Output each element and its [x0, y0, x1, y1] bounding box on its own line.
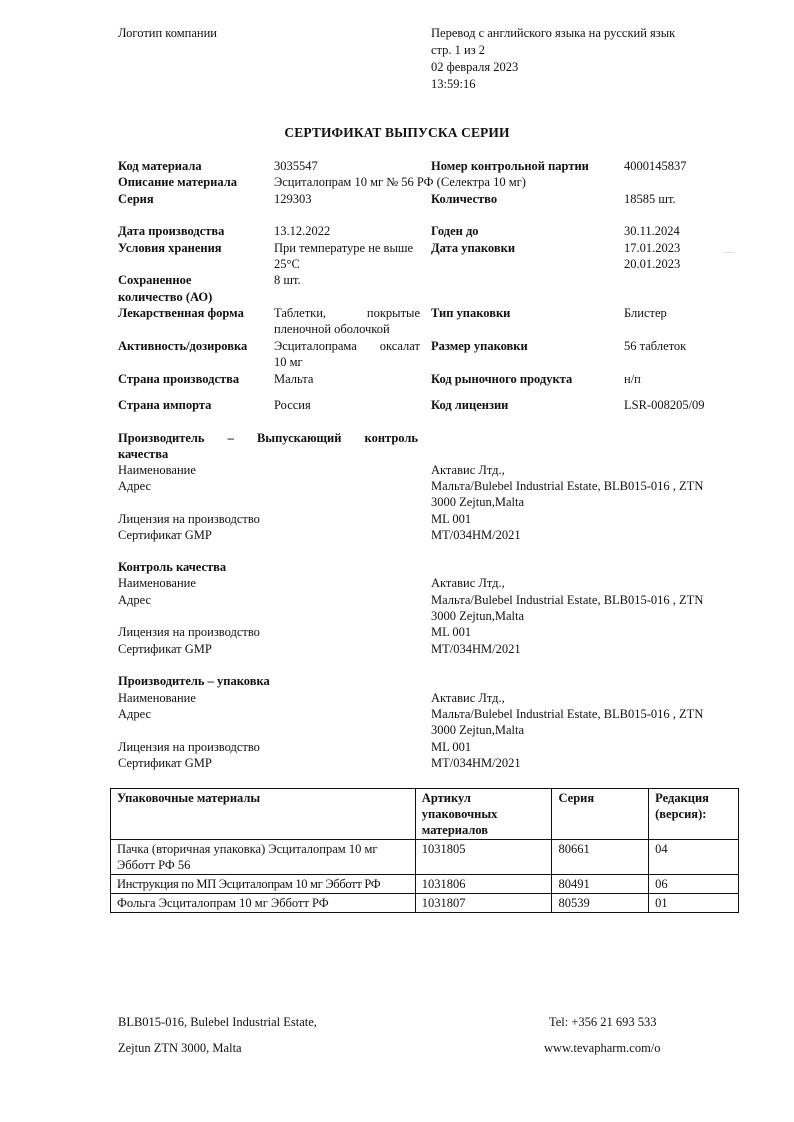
- header-series: Серия: [552, 789, 649, 840]
- header-packaging-materials: Упаковочные материалы: [111, 789, 416, 840]
- license-code-value: LSR-008205/09: [624, 397, 705, 413]
- dosage-form-value-line1: Таблетки, покрытые: [274, 305, 420, 321]
- material-code-label: Код материала: [118, 158, 202, 174]
- section-1-gmp-label: Сертификат GMP: [118, 527, 212, 543]
- section-2-name-label: Наименование: [118, 575, 196, 591]
- cell-series: 80491: [552, 875, 649, 894]
- cell-material: Фольга Эсциталопрам 10 мг Эбботт РФ: [111, 894, 416, 913]
- market-product-code-value: н/п: [624, 371, 641, 387]
- retained-qty-value: 8 шт.: [274, 272, 301, 288]
- cell-series: 80661: [552, 840, 649, 875]
- cell-material: Пачка (вторичная упаковка) Эсциталопрам …: [111, 840, 416, 875]
- country-import-label: Страна импорта: [118, 397, 211, 413]
- country-import-value: Россия: [274, 397, 311, 413]
- logo-placeholder: Логотип компании: [118, 25, 217, 41]
- license-code-label: Код лицензии: [431, 397, 508, 413]
- table-row: Фольга Эсциталопрам 10 мг Эбботт РФ 1031…: [111, 894, 739, 913]
- section-1-license-value: ML 001: [431, 511, 471, 527]
- header-revision: Редакция (версия):: [649, 789, 739, 840]
- retained-qty-label-1: Сохраненное: [118, 272, 191, 288]
- packing-date-value-1: 17.01.2023: [624, 240, 680, 256]
- package-type-label: Тип упаковки: [431, 305, 510, 321]
- expiry-value: 30.11.2024: [624, 223, 680, 239]
- section-1-heading-line1: Производитель – Выпускающий контроль: [118, 430, 418, 446]
- material-description-value: Эсциталопрам 10 мг № 56 РФ (Селектра 10 …: [274, 174, 526, 190]
- header-time: 13:59:16: [431, 76, 475, 92]
- section-2-address-line2: 3000 Zejtun,Malta: [431, 608, 524, 624]
- section-1-address-label: Адрес: [118, 478, 151, 494]
- quantity-label: Количество: [431, 191, 497, 207]
- storage-value-line2: 25°C: [274, 256, 300, 272]
- production-date-label: Дата производства: [118, 223, 224, 239]
- cell-article: 1031806: [415, 875, 552, 894]
- translation-note: Перевод с английского языка на русский я…: [431, 25, 675, 41]
- storage-label: Условия хранения: [118, 240, 222, 256]
- section-3-gmp-label: Сертификат GMP: [118, 755, 212, 771]
- country-production-value: Мальта: [274, 371, 313, 387]
- section-3-gmp-value: MT/034HM/2021: [431, 755, 521, 771]
- cell-article: 1031805: [415, 840, 552, 875]
- section-2-gmp-value: MT/034HM/2021: [431, 641, 521, 657]
- control-batch-label: Номер контрольной партии: [431, 158, 589, 174]
- retained-qty-label-2: количество (АО): [118, 289, 212, 305]
- package-type-value: Блистер: [624, 305, 667, 321]
- section-3-address-label: Адрес: [118, 706, 151, 722]
- packing-date-label: Дата упаковки: [431, 240, 515, 256]
- table-row: Пачка (вторичная упаковка) Эсциталопрам …: [111, 840, 739, 875]
- production-date-value: 13.12.2022: [274, 223, 330, 239]
- section-2-license-value: ML 001: [431, 624, 471, 640]
- cell-revision: 01: [649, 894, 739, 913]
- country-production-label: Страна производства: [118, 371, 239, 387]
- section-2-license-label: Лицензия на производство: [118, 624, 260, 640]
- packing-date-value-2: 20.01.2023: [624, 256, 680, 272]
- footer-website[interactable]: www.tevapharm.com/o: [544, 1040, 661, 1056]
- cell-article: 1031807: [415, 894, 552, 913]
- quantity-value: 18585 шт.: [624, 191, 676, 207]
- strength-value-line2: 10 мг: [274, 354, 303, 370]
- section-2-name-value: Актавис Лтд.,: [431, 575, 505, 591]
- control-batch-value: 4000145837: [624, 158, 687, 174]
- document-title: СЕРТИФИКАТ ВЫПУСКА СЕРИИ: [0, 125, 794, 141]
- table-header-row: Упаковочные материалы Артикул упаковочны…: [111, 789, 739, 840]
- market-product-code-label: Код рыночного продукта: [431, 371, 572, 387]
- footer-address-line2: Zejtun ZTN 3000, Malta: [118, 1040, 242, 1056]
- cell-series: 80539: [552, 894, 649, 913]
- package-size-label: Размер упаковки: [431, 338, 528, 354]
- section-2-address-line1: Мальта/Bulebel Industrial Estate, BLB015…: [431, 592, 703, 608]
- section-1-address-line1: Мальта/Bulebel Industrial Estate, BLB015…: [431, 478, 703, 494]
- cell-revision: 04: [649, 840, 739, 875]
- header-date: 02 февраля 2023: [431, 59, 518, 75]
- section-3-address-line1: Мальта/Bulebel Industrial Estate, BLB015…: [431, 706, 703, 722]
- section-3-name-label: Наименование: [118, 690, 196, 706]
- material-code-value: 3035547: [274, 158, 318, 174]
- page-number: стр. 1 из 2: [431, 42, 485, 58]
- packaging-materials-table: Упаковочные материалы Артикул упаковочны…: [110, 788, 739, 913]
- section-1-address-line2: 3000 Zejtun,Malta: [431, 494, 524, 510]
- section-2-heading: Контроль качества: [118, 559, 226, 575]
- section-1-heading-line2: качества: [118, 446, 168, 462]
- header-article: Артикул упаковочных материалов: [415, 789, 552, 840]
- strength-value-line1: Эсциталопрама оксалат: [274, 338, 420, 354]
- section-1-name-label: Наименование: [118, 462, 196, 478]
- dosage-form-label: Лекарственная форма: [118, 305, 244, 321]
- footer-address-line1: BLB015-016, Bulebel Industrial Estate,: [118, 1014, 317, 1030]
- cell-revision: 06: [649, 875, 739, 894]
- series-label: Серия: [118, 191, 154, 207]
- package-size-value: 56 таблеток: [624, 338, 686, 354]
- cell-material: Инструкция по МП Эсциталопрам 10 мг Эббо…: [111, 875, 416, 894]
- expiry-label: Годен до: [431, 223, 479, 239]
- section-3-license-value: ML 001: [431, 739, 471, 755]
- section-3-heading: Производитель – упаковка: [118, 673, 270, 689]
- stray-mark: [724, 252, 734, 253]
- material-description-label: Описание материала: [118, 174, 237, 190]
- section-1-license-label: Лицензия на производство: [118, 511, 260, 527]
- section-3-name-value: Актавис Лтд.,: [431, 690, 505, 706]
- section-3-address-line2: 3000 Zejtun,Malta: [431, 722, 524, 738]
- strength-label: Активность/дозировка: [118, 338, 247, 354]
- series-value: 129303: [274, 191, 312, 207]
- storage-value-line1: При температуре не выше: [274, 240, 413, 256]
- section-2-gmp-label: Сертификат GMP: [118, 641, 212, 657]
- section-1-name-value: Актавис Лтд.,: [431, 462, 505, 478]
- dosage-form-value-line2: пленочной оболочкой: [274, 321, 390, 337]
- section-1-gmp-value: MT/034HM/2021: [431, 527, 521, 543]
- footer-phone: Tel: +356 21 693 533: [549, 1014, 657, 1030]
- section-3-license-label: Лицензия на производство: [118, 739, 260, 755]
- section-2-address-label: Адрес: [118, 592, 151, 608]
- table-row: Инструкция по МП Эсциталопрам 10 мг Эббо…: [111, 875, 739, 894]
